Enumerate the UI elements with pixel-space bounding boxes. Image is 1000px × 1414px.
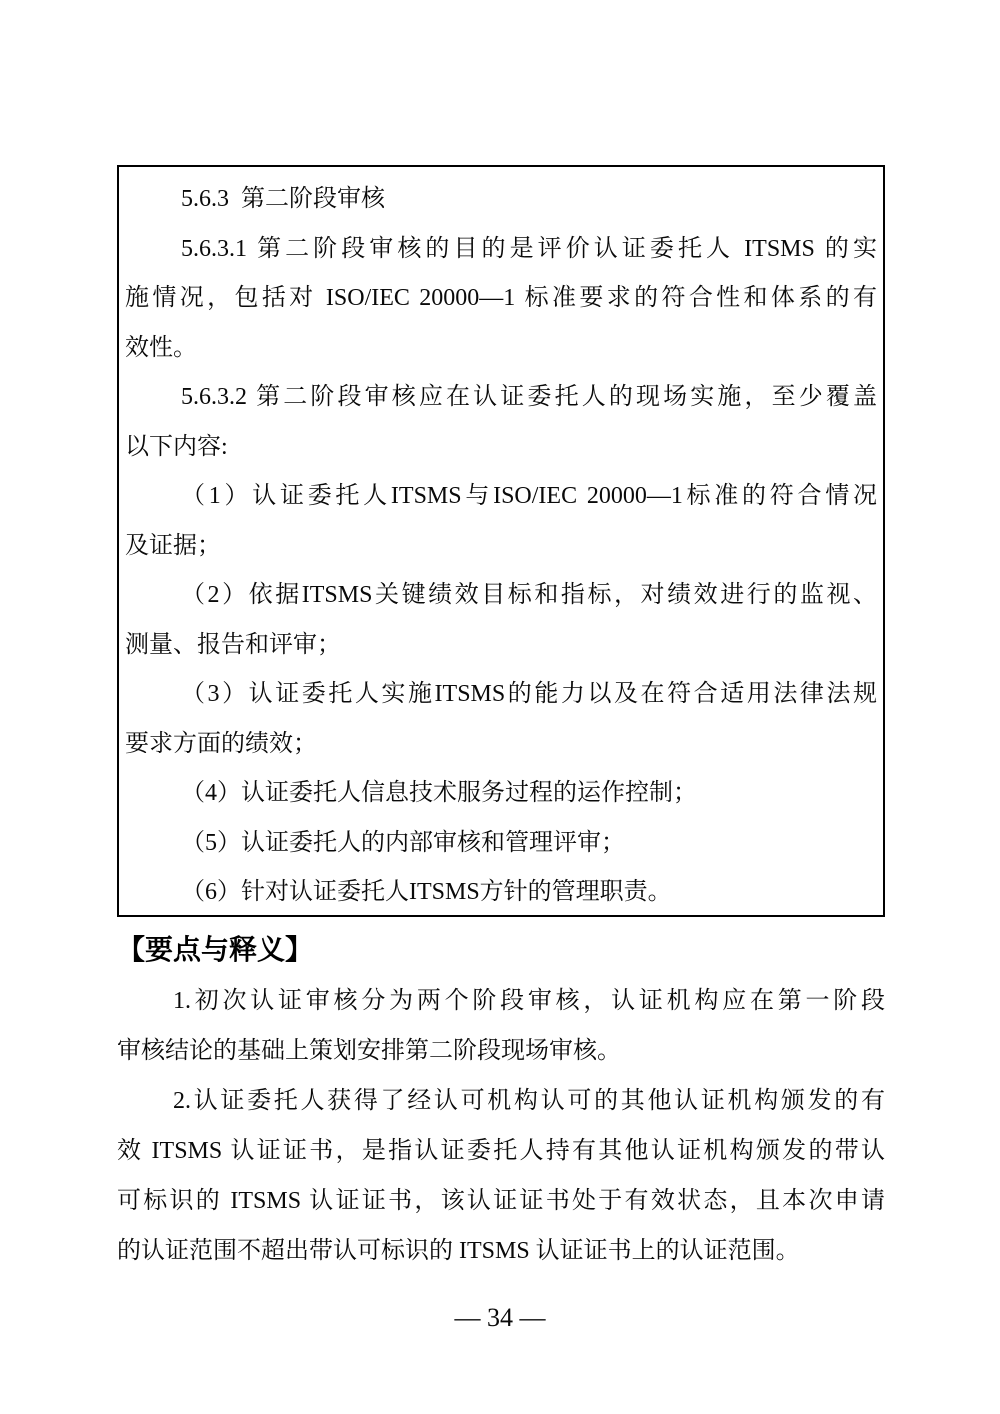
note-1-line: 审核结论的基础上策划安排第二阶段现场审核。 xyxy=(117,1026,885,1076)
clause-line-continuation: 以下内容: xyxy=(125,423,877,473)
clause-item-2: （2）依据ITSMS关键绩效目标和指标，对绩效进行的监视、 xyxy=(125,571,877,621)
clause-line-continuation: 施情况，包括对 ISO/IEC 20000—1 标准要求的符合性和体系的有 xyxy=(125,274,877,324)
clause-line-continuation: 要求方面的绩效； xyxy=(125,720,877,770)
clause-line-5-6-3: 5.6.3 第二阶段审核 xyxy=(125,175,877,225)
clause-item-1: （1）认证委托人ITSMS与ISO/IEC 20000—1标准的符合情况 xyxy=(125,472,877,522)
clause-item-3: （3）认证委托人实施ITSMS的能力以及在符合适用法律法规 xyxy=(125,670,877,720)
document-page: 5.6.3 第二阶段审核 5.6.3.1 第二阶段审核的目的是评价认证委托人 I… xyxy=(0,0,1000,1414)
page-number: — 34 — xyxy=(0,1294,1000,1342)
note-2-line: 2.认证委托人获得了经认可机构认可的其他认证机构颁发的有 xyxy=(117,1076,885,1126)
note-2-line: 可标识的 ITSMS 认证证书，该认证证书处于有效状态，且本次申请 xyxy=(117,1176,885,1226)
note-1-line: 1.初次认证审核分为两个阶段审核，认证机构应在第一阶段 xyxy=(117,976,885,1026)
note-2-line: 的认证范围不超出带认可标识的 ITSMS 认证证书上的认证范围。 xyxy=(117,1226,885,1276)
clause-line-continuation: 效性。 xyxy=(125,324,877,374)
clause-line-5-6-3-1: 5.6.3.1 第二阶段审核的目的是评价认证委托人 ITSMS 的实 xyxy=(125,225,877,275)
note-2-line: 效 ITSMS 认证证书，是指认证委托人持有其他认证机构颁发的带认 xyxy=(117,1126,885,1176)
clause-item-4: （4）认证委托人信息技术服务过程的运作控制； xyxy=(125,769,877,819)
clause-item-6: （6）针对认证委托人ITSMS方针的管理职责。 xyxy=(125,868,877,917)
clause-line-5-6-3-2: 5.6.3.2 第二阶段审核应在认证委托人的现场实施，至少覆盖 xyxy=(125,373,877,423)
clause-line-continuation: 及证据； xyxy=(125,522,877,572)
notes-heading: 【要点与释义】 xyxy=(117,924,885,976)
notes-section: 【要点与释义】 1.初次认证审核分为两个阶段审核，认证机构应在第一阶段 审核结论… xyxy=(117,916,885,1276)
clause-line-continuation: 测量、报告和评审； xyxy=(125,621,877,671)
clause-item-5: （5）认证委托人的内部审核和管理评审； xyxy=(125,819,877,869)
clause-box: 5.6.3 第二阶段审核 5.6.3.1 第二阶段审核的目的是评价认证委托人 I… xyxy=(117,165,885,917)
